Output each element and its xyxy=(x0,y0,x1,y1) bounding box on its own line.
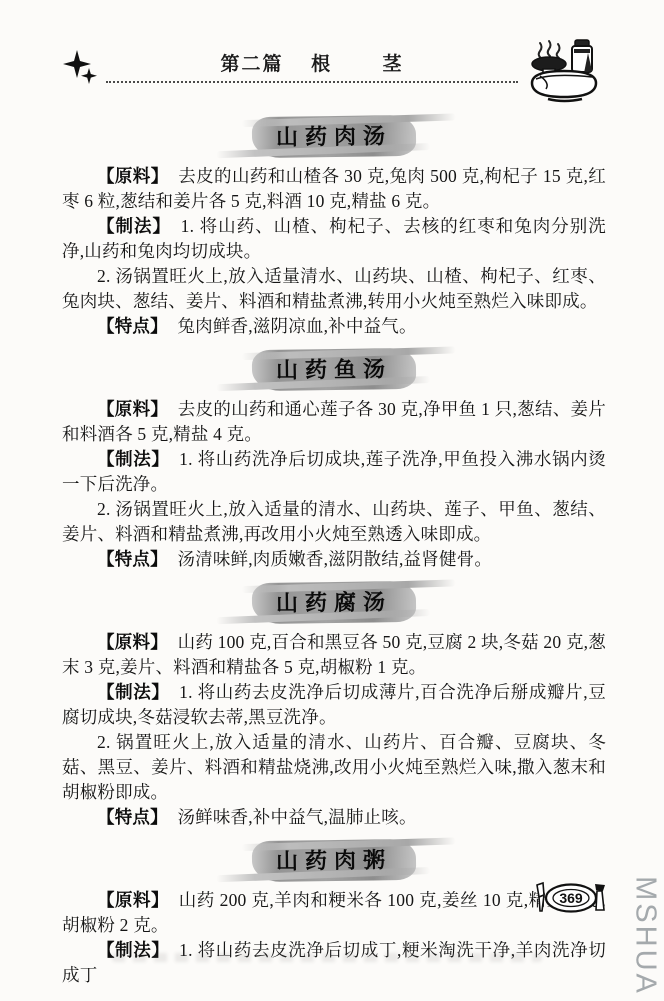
method-step-2-paragraph: 2. 汤锅置旺火上,放入适量清水、山药块、山楂、枸杞子、红枣、兔肉块、葱结、姜片… xyxy=(62,264,606,314)
ingredients-paragraph: 【原料】山药 100 克,百合和黑豆各 50 克,豆腐 2 块,冬菇 20 克,… xyxy=(62,630,606,680)
feature-paragraph: 【特点】兔肉鲜香,滋阴凉血,补中益气。 xyxy=(62,314,606,339)
method-paragraph: 【制法】1. 将山药去皮洗净后切成丁,粳米淘洗干净,羊肉洗净切成丁 xyxy=(62,938,606,988)
tureen-icon xyxy=(532,71,596,101)
method-paragraph: 【制法】1. 将山药、山楂、枸杞子、去核的红枣和兔肉分别洗净,山药和兔肉均切成块… xyxy=(62,214,606,264)
recipe-section-4: 山药肉粥 【原料】山药 200 克,羊肉和粳米各 100 克,姜丝 10 克,精… xyxy=(62,840,606,988)
method-step-2-text: 2. 锅置旺火上,放入适量的清水、山药片、百合瓣、豆腐块、冬菇、黑豆、姜片、料酒… xyxy=(62,732,606,802)
watermark-text: MSHUA xyxy=(629,876,662,996)
method-label: 【制法】 xyxy=(97,216,171,236)
recipe-title: 山药鱼汤 xyxy=(276,356,392,383)
method-label: 【制法】 xyxy=(97,449,170,469)
feature-label: 【特点】 xyxy=(97,316,168,336)
feature-text: 汤清味鲜,肉质嫩香,滋阴散结,益肾健骨。 xyxy=(177,549,492,569)
ingredients-paragraph: 【原料】去皮的山药和山楂各 30 克,兔肉 500 克,枸杞子 15 克,红枣 … xyxy=(62,164,606,214)
watermark: MSHUA xyxy=(628,866,662,1001)
knife-icon xyxy=(537,883,544,911)
ingredients-label: 【原料】 xyxy=(97,890,169,910)
chapter-word-1: 根 xyxy=(311,54,332,75)
ingredients-label: 【原料】 xyxy=(97,399,168,419)
book-page: 第二篇 根 茎 xyxy=(0,0,664,1001)
feature-text: 兔肉鲜香,滋阴凉血,补中益气。 xyxy=(177,316,416,336)
steaming-dish-illustration xyxy=(526,39,606,105)
fork-icon xyxy=(595,884,605,910)
bottle-icon xyxy=(572,40,592,73)
method-step-2-text: 2. 汤锅置旺火上,放入适量清水、山药块、山楂、枸杞子、红枣、兔肉块、葱结、姜片… xyxy=(62,266,606,311)
ingredients-paragraph: 【原料】山药 200 克,羊肉和粳米各 100 克,姜丝 10 克,精盐 5 克… xyxy=(62,888,606,938)
feature-paragraph: 【特点】汤鲜味香,补中益气,温肺止咳。 xyxy=(62,805,606,830)
method-step-2-paragraph: 2. 锅置旺火上,放入适量的清水、山药片、百合瓣、豆腐块、冬菇、黑豆、姜片、料酒… xyxy=(62,730,606,805)
page-header: 第二篇 根 茎 xyxy=(62,40,606,106)
recipe-title-banner: 山药肉粥 xyxy=(252,839,417,882)
feature-label: 【特点】 xyxy=(97,807,168,827)
ingredients-label: 【原料】 xyxy=(97,166,169,186)
feature-paragraph: 【特点】汤清味鲜,肉质嫩香,滋阴散结,益肾健骨。 xyxy=(62,547,606,572)
chapter-number: 第二篇 xyxy=(220,54,283,75)
sparkle-icon xyxy=(62,50,104,90)
recipe-section-1: 山药肉汤 【原料】去皮的山药和山楂各 30 克,兔肉 500 克,枸杞子 15 … xyxy=(62,116,606,339)
page-number: 369 xyxy=(559,890,583,906)
recipe-title-banner: 山药腐汤 xyxy=(252,581,417,624)
method-label: 【制法】 xyxy=(97,682,170,702)
chapter-word-2: 茎 xyxy=(383,54,404,75)
recipe-title-banner: 山药肉汤 xyxy=(252,115,417,158)
recipe-title: 山药肉粥 xyxy=(276,847,392,874)
ingredients-paragraph: 【原料】去皮的山药和通心莲子各 30 克,净甲鱼 1 只,葱结、姜片和料酒各 5… xyxy=(62,397,606,447)
recipe-title: 山药肉汤 xyxy=(276,123,392,150)
recipe-section-3: 山药腐汤 【原料】山药 100 克,百合和黑豆各 50 克,豆腐 2 块,冬菇 … xyxy=(62,582,606,830)
recipe-title-banner: 山药鱼汤 xyxy=(252,348,417,391)
method-step-2-paragraph: 2. 汤锅置旺火上,放入适量的清水、山药块、莲子、甲鱼、葱结、姜片、料酒和精盐煮… xyxy=(62,497,606,547)
recipe-title: 山药腐汤 xyxy=(276,589,392,616)
method-paragraph: 【制法】1. 将山药洗净后切成块,莲子洗净,甲鱼投入沸水锅内烫一下后洗净。 xyxy=(62,447,606,497)
feature-text: 汤鲜味香,补中益气,温肺止咳。 xyxy=(177,807,416,827)
page-bleed-through xyxy=(112,953,542,962)
ingredients-label: 【原料】 xyxy=(97,632,168,652)
page-number-badge: 369 xyxy=(532,880,610,918)
chapter-rule: 第二篇 根 茎 xyxy=(106,49,518,83)
feature-label: 【特点】 xyxy=(97,549,168,569)
steam-icon xyxy=(539,41,560,58)
recipe-section-2: 山药鱼汤 【原料】去皮的山药和通心莲子各 30 克,净甲鱼 1 只,葱结、姜片和… xyxy=(62,349,606,572)
chapter-title: 第二篇 根 茎 xyxy=(106,49,518,81)
method-paragraph: 【制法】1. 将山药去皮洗净后切成薄片,百合洗净后掰成瓣片,豆腐切成块,冬菇浸软… xyxy=(62,680,606,730)
method-step-2-text: 2. 汤锅置旺火上,放入适量的清水、山药块、莲子、甲鱼、葱结、姜片、料酒和精盐煮… xyxy=(62,499,606,544)
